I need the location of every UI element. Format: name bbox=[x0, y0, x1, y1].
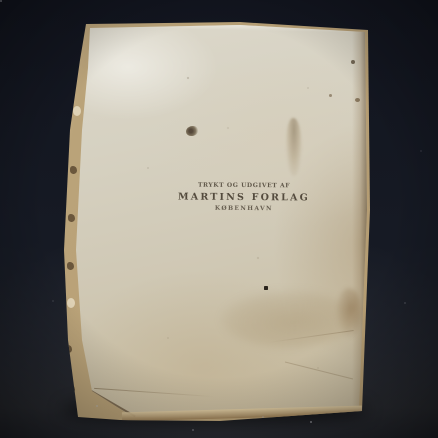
stain-speck bbox=[355, 98, 360, 102]
crease-line bbox=[94, 388, 214, 397]
spine-stitch-notch bbox=[65, 345, 72, 353]
spine-stitch-notch bbox=[68, 385, 75, 393]
spine-paper-chip bbox=[67, 298, 75, 308]
spine-paper-chip bbox=[73, 106, 81, 116]
imprint-publisher-name: MARTINS FORLAG bbox=[160, 191, 328, 203]
stain-vertical-smudge bbox=[286, 118, 302, 176]
spine-stitch-notch bbox=[70, 166, 77, 174]
photo-of-old-book: TRYKT OG UDGIVET AF MARTINS FORLAG KØBEN… bbox=[0, 0, 438, 438]
spine-stitch-notch bbox=[68, 214, 75, 222]
spine-stitch-notch bbox=[67, 262, 74, 270]
book-page-block: TRYKT OG UDGIVET AF MARTINS FORLAG KØBEN… bbox=[58, 18, 376, 428]
cover-fore-edge-shadow bbox=[352, 30, 370, 412]
stain-speck bbox=[351, 60, 355, 64]
stain-dark-blob bbox=[186, 126, 198, 136]
book-back-cover: TRYKT OG UDGIVET AF MARTINS FORLAG KØBEN… bbox=[58, 18, 376, 428]
imprint-printed-by-line: TRYKT OG UDGIVET AF bbox=[160, 181, 328, 189]
publisher-imprint: TRYKT OG UDGIVET AF MARTINS FORLAG KØBEN… bbox=[160, 181, 328, 212]
stain-speck bbox=[329, 94, 332, 97]
imprint-city: KØBENHAVN bbox=[160, 204, 328, 212]
dust-specks bbox=[0, 0, 2, 2]
crease-line bbox=[285, 362, 353, 380]
stain-black-dot bbox=[264, 286, 268, 290]
cover-top-edge-highlight bbox=[88, 20, 366, 33]
